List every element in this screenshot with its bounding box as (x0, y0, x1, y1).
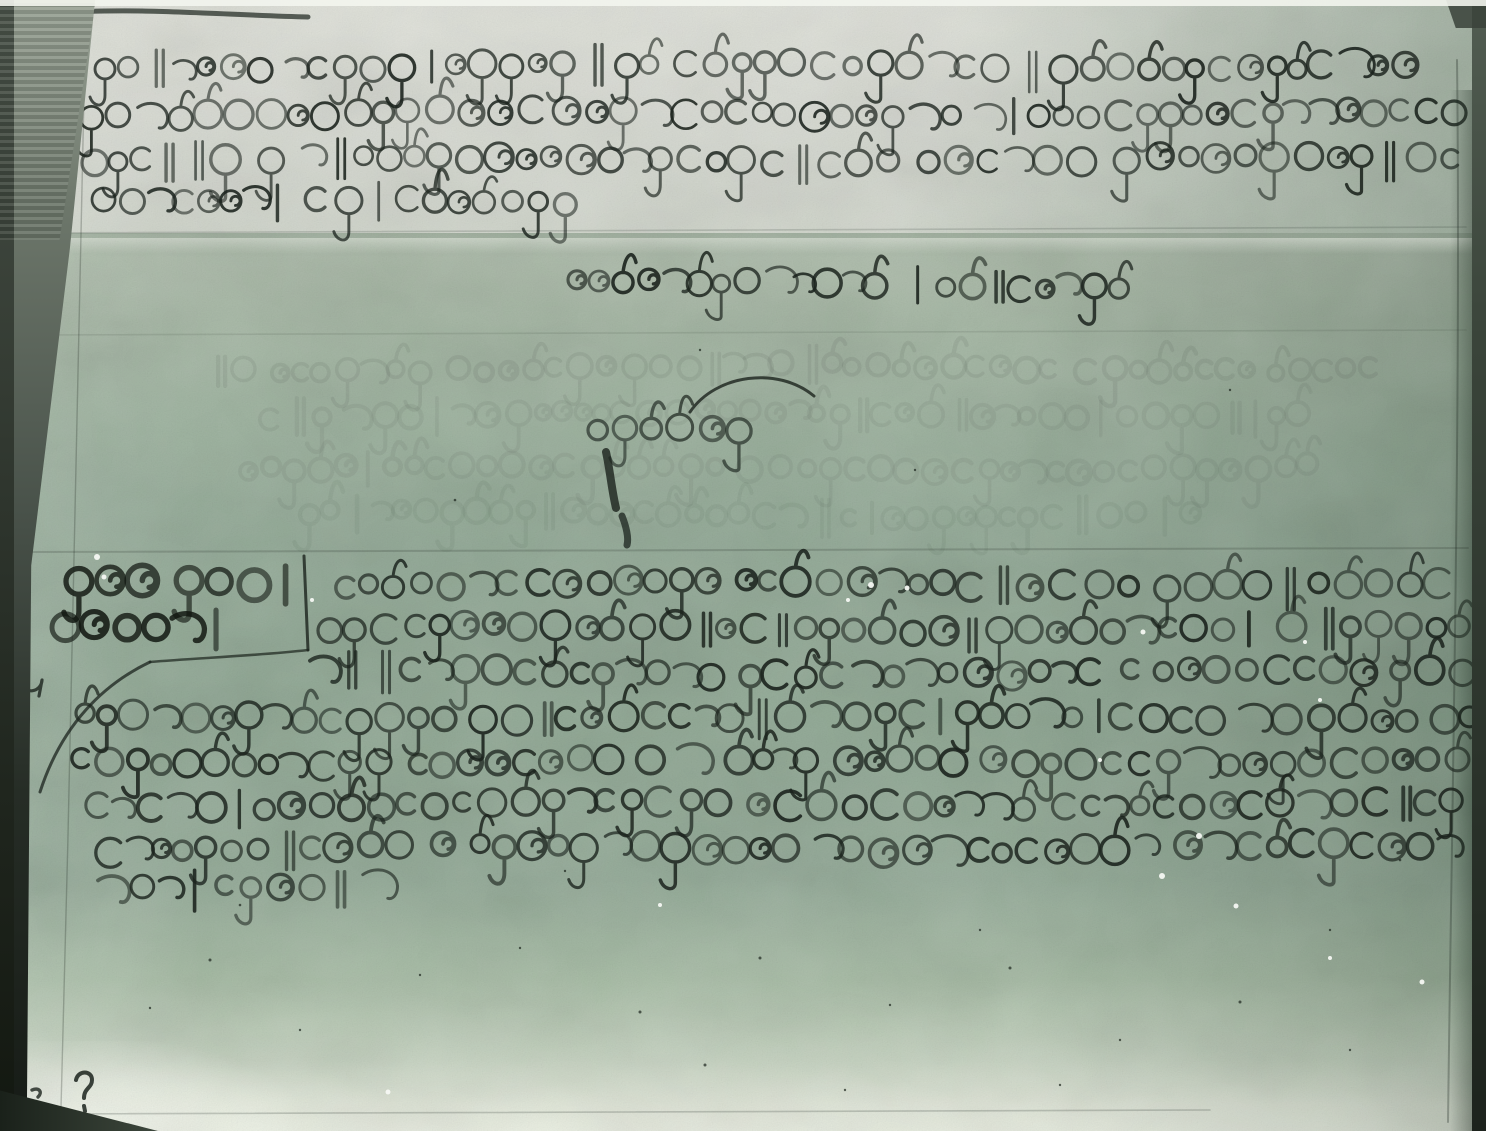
photo-edge-right-shade (1450, 90, 1472, 1131)
photo-edge-right (1472, 0, 1486, 1131)
pale-top-band (0, 0, 1486, 233)
photo-edge-top-white (0, 0, 1486, 6)
fold-highlight (0, 238, 1486, 254)
manuscript-photo (0, 0, 1486, 1131)
